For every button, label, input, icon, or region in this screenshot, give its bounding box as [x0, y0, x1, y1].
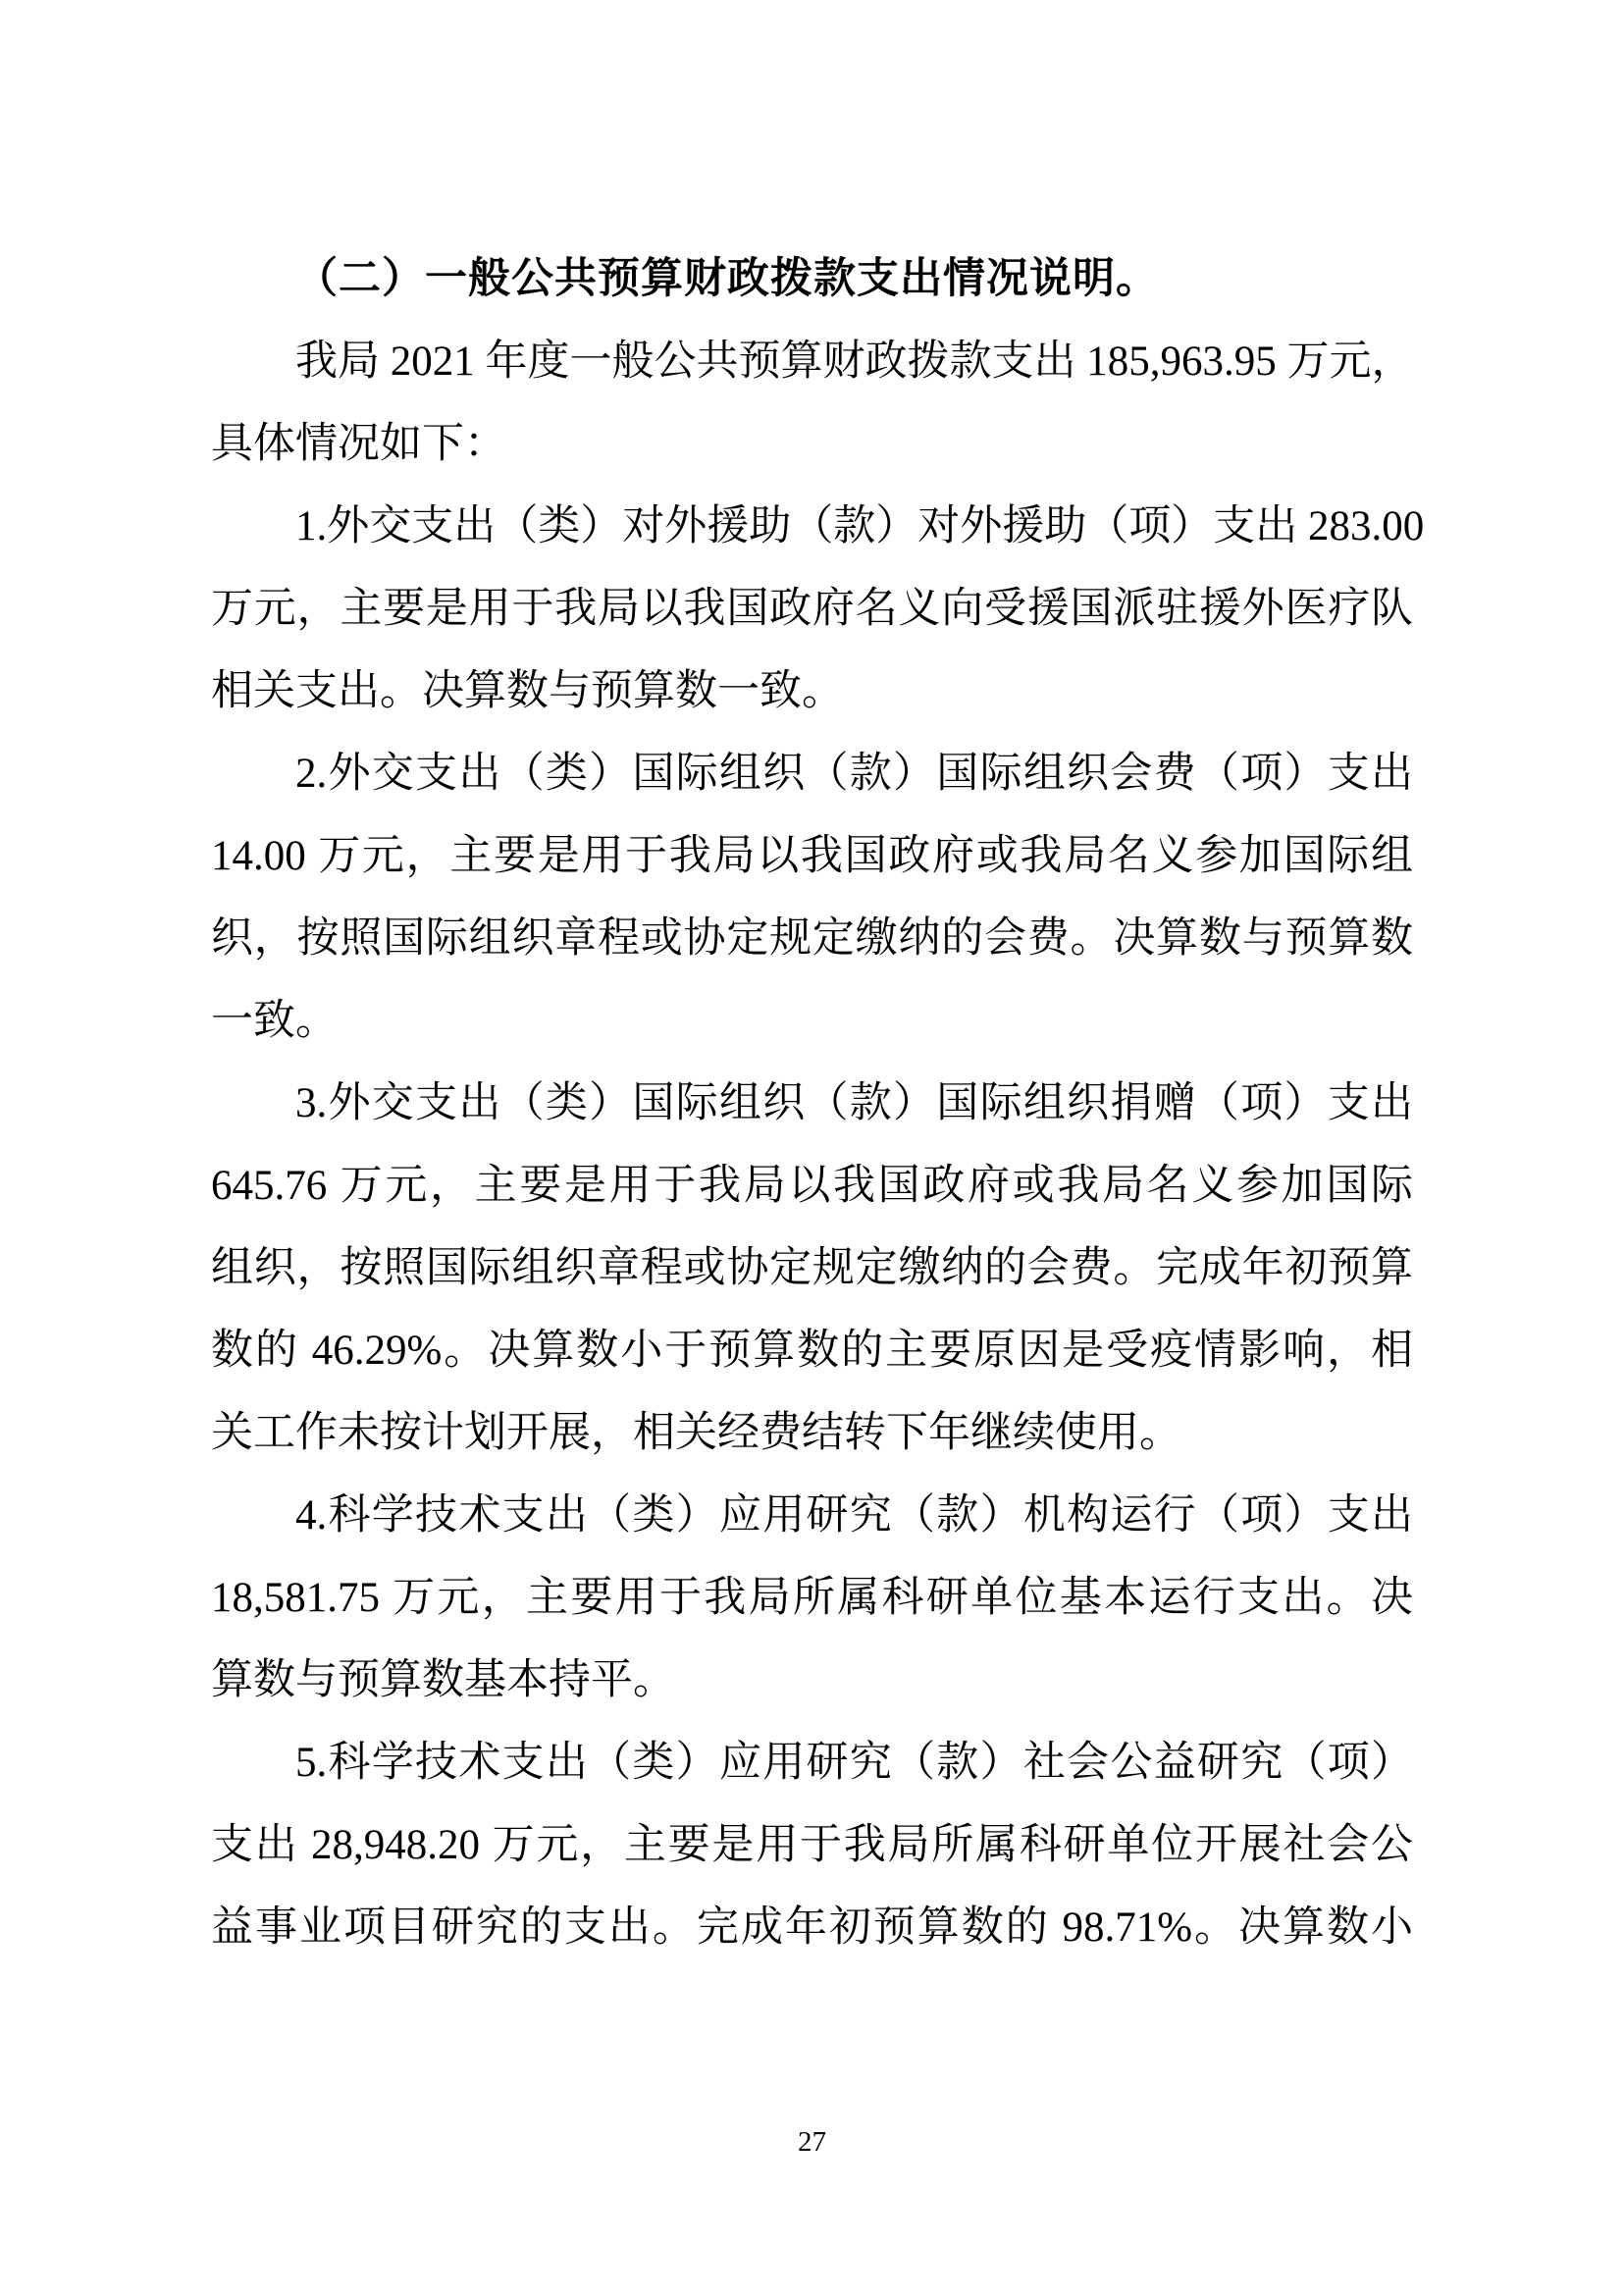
body-text-line: 645.76 万元，主要是用于我局以我国政府或我局名义参加国际	[211, 1145, 1413, 1227]
page-number: 27	[0, 2122, 1624, 2162]
document-page: （二）一般公共预算财政拨款支出情况说明。我局 2021 年度一般公共预算财政拨款…	[0, 0, 1624, 2295]
body-text-line: 织，按照国际组织章程或协定规定缴纳的会费。决算数与预算数	[211, 898, 1413, 980]
body-text-line: 具体情况如下：	[211, 403, 1413, 486]
body-text-line: 5.科学技术支出（类）应用研究（款）社会公益研究（项）	[211, 1722, 1413, 1804]
body-text-line: 组织，按照国际组织章程或协定规定缴纳的会费。完成年初预算	[211, 1227, 1413, 1310]
body-text-line: 一致。	[211, 980, 1413, 1063]
body-text-line: 关工作未按计划开展，相关经费结转下年继续使用。	[211, 1392, 1413, 1475]
body-text-line: 18,581.75 万元，主要用于我局所属科研单位基本运行支出。决	[211, 1557, 1413, 1640]
section-heading: （二）一般公共预算财政拨款支出情况说明。	[211, 238, 1413, 321]
body-text-line: 相关支出。决算数与预算数一致。	[211, 651, 1413, 733]
body-text-line: 万元，主要是用于我局以我国政府名义向受援国派驻援外医疗队	[211, 568, 1413, 651]
body-text-line: 3.外交支出（类）国际组织（款）国际组织捐赠（项）支出	[211, 1063, 1413, 1145]
text-block: （二）一般公共预算财政拨款支出情况说明。我局 2021 年度一般公共预算财政拨款…	[211, 238, 1413, 1969]
body-text-line: 支出 28,948.20 万元，主要是用于我局所属科研单位开展社会公	[211, 1804, 1413, 1887]
body-text-line: 算数与预算数基本持平。	[211, 1640, 1413, 1722]
body-text-line: 我局 2021 年度一般公共预算财政拨款支出 185,963.95 万元，	[211, 321, 1413, 403]
body-text-line: 4.科学技术支出（类）应用研究（款）机构运行（项）支出	[211, 1475, 1413, 1557]
body-text-line: 益事业项目研究的支出。完成年初预算数的 98.71%。决算数小	[211, 1887, 1413, 1969]
body-text-line: 1.外交支出（类）对外援助（款）对外援助（项）支出 283.00	[211, 486, 1413, 568]
body-text-line: 数的 46.29%。决算数小于预算数的主要原因是受疫情影响，相	[211, 1310, 1413, 1392]
body-text-line: 14.00 万元，主要是用于我局以我国政府或我局名义参加国际组	[211, 815, 1413, 898]
body-text-line: 2.外交支出（类）国际组织（款）国际组织会费（项）支出	[211, 733, 1413, 815]
